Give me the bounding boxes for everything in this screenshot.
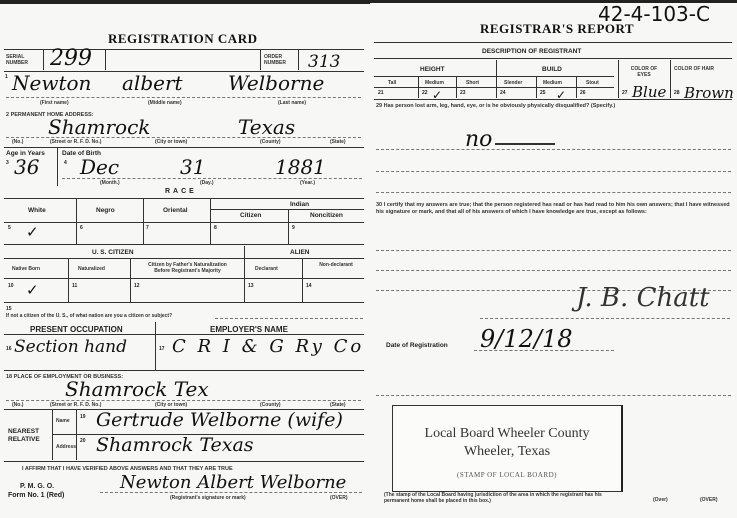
field-number: 10 [8,283,14,289]
build-stout-label: Stout [586,80,599,86]
card-title: REGISTRATION CARD [108,31,257,47]
divider [474,350,614,351]
field-number: 21 [378,90,384,96]
field-number: 15 [6,306,12,312]
employment-sublabel: (County) [260,402,281,408]
middle-name: albert [122,71,183,95]
divider [376,171,731,172]
divider [4,334,364,335]
signature-sublabel: (Registrant's signature or mark) [170,495,246,501]
divider [68,258,69,302]
employment-sublabel: (No.) [12,402,23,408]
address-state: Texas [238,115,295,139]
registrar-signature: J. B. Chatt [576,283,710,313]
field-number: 5 [8,225,11,231]
race-column-indian-citizen: Citizen [240,212,261,219]
divider [480,318,730,319]
stamp-note: (The stamp of the Local Board having jur… [384,492,624,504]
divider [4,461,364,462]
field-number: 11 [72,283,77,289]
eyes-label: COLOR OF EYES [626,66,662,78]
dob-year: 1881 [275,155,326,179]
dob-sublabel: (Day.) [200,180,214,186]
divider [302,258,303,302]
divider [670,60,671,98]
race-column-negro: Negro [96,207,115,214]
divider [4,147,364,148]
registration-date-value: 9/12/18 [480,325,573,353]
height-label: HEIGHT [420,66,445,73]
address-sublabel: (City or town) [155,139,187,145]
q15-text: If not a citizen of the U. S., of what n… [6,313,172,319]
over-label: (Over) [653,497,668,503]
field-number: 9 [292,225,295,231]
order-number: 313 [308,52,340,72]
divider [298,50,299,70]
employer-label: EMPLOYER'S NAME [210,325,288,334]
employment-sublabel: (State) [330,402,346,408]
address-sublabel: (Street or R. F. D. No.) [50,139,101,145]
divider [210,198,211,244]
q29-text: 29 Has person lost arm, leg, hand, eye, … [376,103,731,110]
field-number: 22 [422,90,428,96]
divider [4,244,364,245]
nearest-relative-label: NEAREST RELATIVE [8,428,50,444]
serial-number: 299 [50,46,92,71]
field-number: 28 [674,90,680,96]
field-number: 12 [134,283,140,289]
divider [6,400,361,401]
height-short-label: Short [466,80,479,86]
report-title: REGISTRAR'S REPORT [480,21,634,37]
divider [374,42,732,43]
divider [374,87,614,88]
registrars-report: 42-4-103-C REGISTRAR'S REPORT DESCRIPTIO… [370,0,737,518]
divider [376,250,731,251]
divider [6,137,361,138]
dob-month: Dec [80,155,119,179]
alien-label: ALIEN [290,249,310,256]
race-label: RACE [165,188,197,195]
description-label: DESCRIPTION OF REGISTRANT [482,48,581,55]
registration-card: REGISTRATION CARD SERIAL NUMBER 299 ORDE… [0,0,370,518]
divider [4,222,364,223]
first-name: Newton [12,71,91,95]
field-number: 26 [580,90,586,96]
address-city: Shamrock [48,115,150,139]
name-sublabel: (Last name) [278,100,306,106]
field-number: 20 [80,438,86,444]
divider [130,258,131,302]
name-sublabel: (Middle name) [148,100,182,106]
race-column-white: White [28,207,46,214]
address-sublabel: (State) [330,139,346,145]
field-number: 16 [6,346,12,352]
height-tall-label: Tall [388,80,396,86]
q30-text: 30 I certify that my answers are true; t… [376,202,731,216]
field-number: 7 [146,225,149,231]
divider [155,322,156,370]
citizen-column-naturalized: Naturalized [78,266,105,272]
occupation-label: PRESENT OCCUPATION [30,325,123,334]
order-label: ORDER NUMBER [264,54,294,66]
divider [100,492,362,493]
age-value: 36 [14,155,39,179]
occupation-value: Section hand [14,337,127,357]
race-column-oriental: Oriental [163,207,188,214]
native-born-check: ✓ [26,281,39,299]
field-number: 8 [214,225,217,231]
field-number: 17 [159,346,165,352]
divider [43,50,44,70]
dob-sublabel: (Month.) [100,180,120,186]
us-citizen-label: U. S. CITIZEN [92,249,134,256]
divider [376,192,731,193]
divider [4,198,364,199]
citizen-column-by-father: Citizen by Father's Naturalization Befor… [140,262,235,274]
alien-column-nondeclarant: Non-declarant [318,262,354,268]
employer-value: C R I & G Ry Co [172,336,364,357]
top-edge [0,0,370,4]
field-number: 24 [500,90,506,96]
divider [57,148,58,186]
relative-address-value: Shamrock Texas [96,434,254,456]
field-number: 4 [64,160,67,166]
divider [215,318,363,319]
divider [143,198,144,244]
form-id-line1: P. M. G. O. [20,483,54,490]
divider [376,270,731,271]
field-number: 13 [248,283,254,289]
build-label: BUILD [542,66,562,73]
divider [6,97,361,98]
relative-name-label: Name [56,418,70,424]
employment-sublabel: (Street or R. F. D. No.) [50,402,101,408]
divider [496,60,497,98]
answer-dash [495,143,555,145]
divider [76,410,77,460]
divider [374,76,614,77]
divider [4,370,364,371]
field-number: 6 [80,225,83,231]
divider [4,278,364,279]
address-sublabel: (No.) [12,139,23,145]
divider [376,395,731,396]
race-indian-label: Indian [290,201,309,208]
field-number: 19 [80,414,86,420]
registration-date-label: Date of Registration [386,342,448,349]
employment-place-value: Shamrock Tex [65,377,209,401]
divider [374,58,732,59]
over-label: (OVER) [330,495,348,501]
serial-label: SERIAL NUMBER [6,54,42,66]
divider [52,410,53,460]
form-id-line2: Form No. 1 (Red) [8,492,64,499]
field-number: 25 [540,90,546,96]
divider [260,50,261,70]
dob-day: 31 [180,155,205,179]
hair-label: COLOR OF HAIR [672,66,716,72]
race-column-indian-noncitizen: Noncitizen [310,212,343,219]
divider [62,178,362,179]
last-name: Welborne [228,71,324,95]
relative-address-label: Address [56,444,76,450]
local-board-stamp-box: Local Board Wheeler County Wheeler, Texa… [392,405,623,492]
stamp-caption: (STAMP OF LOCAL BOARD) [393,471,621,479]
alien-column-declarant: Declarant [255,266,278,272]
employment-sublabel: (City or town) [155,402,187,408]
field-number: 3 [6,160,9,166]
name-sublabel: (First name) [40,100,69,106]
divider [376,149,731,150]
divider [4,258,364,259]
divider [244,246,245,302]
dob-sublabel: (Year.) [300,180,315,186]
height-medium-label: Medium [425,80,444,86]
divider [4,302,364,303]
field-number: 23 [460,90,466,96]
build-slender-label: Slender [504,80,522,86]
divider [288,210,289,244]
divider [76,198,77,244]
race-white-check: ✓ [26,223,39,241]
citizen-column-native-born: Native Born [12,266,40,272]
divider [374,99,732,100]
field-number: 1 [5,74,8,80]
field-number: 27 [622,90,628,96]
address-sublabel: (County) [260,139,281,145]
build-medium-label: Medium [543,80,562,86]
divider [210,209,364,210]
divider [618,60,619,98]
field-number: 14 [306,283,312,289]
relative-name-value: Gertrude Welborne (wife) [96,409,343,431]
divider [105,50,106,70]
registrant-signature: Newton Albert Welborne [120,472,346,493]
stamp-line1: Local Board Wheeler County [393,426,621,442]
stamp-line2: Wheeler, Texas [393,444,621,460]
over-label: (OVER) [700,497,718,503]
